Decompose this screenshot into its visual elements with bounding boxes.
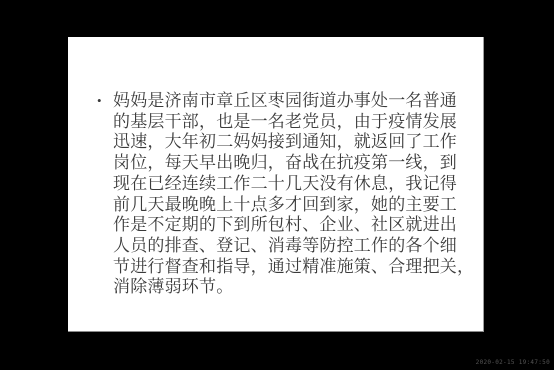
slide: • 妈妈是济南市章丘区枣园街道办事处一名普通的基层干部，也是一名老党员，由于疫情… — [68, 37, 484, 332]
text-line: 作是不定期的下到所包村、企业、社区就进出 — [113, 215, 459, 236]
bullet-list-item: • 妈妈是济南市章丘区枣园街道办事处一名普通的基层干部，也是一名老党员，由于疫情… — [97, 91, 459, 298]
bullet-marker: • — [97, 91, 113, 112]
timestamp: 2020-02-15 19:47:50 — [476, 359, 550, 366]
text-line: 现在已经连续工作二十几天没有休息，我记得 — [113, 174, 459, 195]
text-line: 消除薄弱环节。 — [113, 277, 459, 298]
text-line: 人员的排查、登记、消毒等防控工作的各个细 — [113, 236, 459, 257]
text-line: 前几天最晚晚上十点多才回到家，她的主要工 — [113, 195, 459, 216]
slide-paragraph: 妈妈是济南市章丘区枣园街道办事处一名普通的基层干部，也是一名老党员，由于疫情发展… — [113, 91, 459, 298]
text-line: 的基层干部，也是一名老党员，由于疫情发展 — [113, 112, 459, 133]
video-frame: • 妈妈是济南市章丘区枣园街道办事处一名普通的基层干部，也是一名老党员，由于疫情… — [0, 0, 554, 370]
text-line: 迅速，大年初二妈妈接到通知，就返回了工作 — [113, 132, 459, 153]
text-line: 妈妈是济南市章丘区枣园街道办事处一名普通 — [113, 91, 459, 112]
text-line: 岗位，每天早出晚归，奋战在抗疫第一线，到 — [113, 153, 459, 174]
text-line: 节进行督查和指导，通过精准施策、合理把关， — [113, 257, 459, 278]
